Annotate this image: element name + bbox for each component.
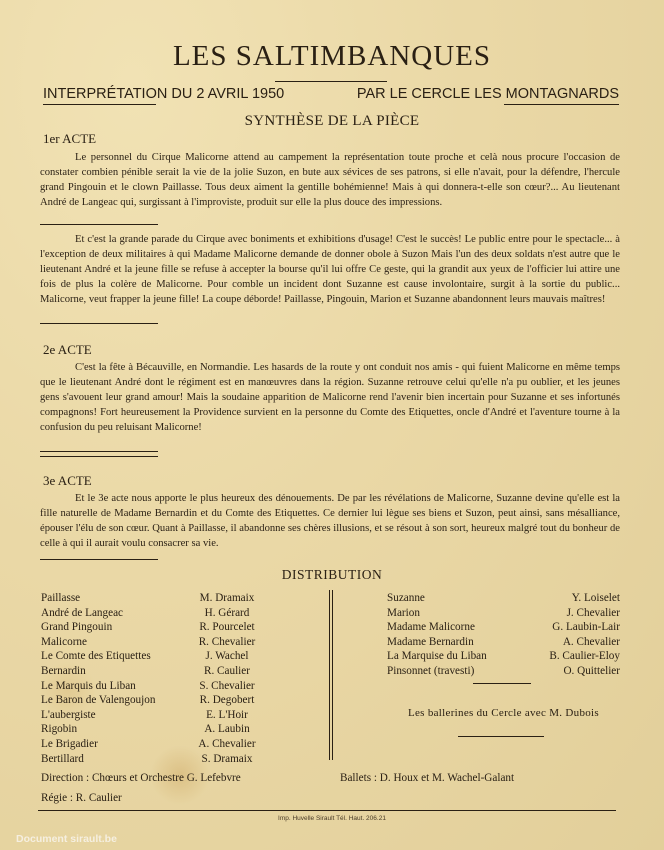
act-3-label: 3e ACTE <box>43 473 92 489</box>
cast-row: Le Marquis du LibanS. Chevalier <box>41 679 273 694</box>
actor-name: M. Dramaix <box>181 591 273 606</box>
cast-row: Le BrigadierA. Chevalier <box>41 737 273 752</box>
role-name: André de Langeac <box>41 606 123 621</box>
footer-rule <box>38 810 616 811</box>
role-name: Rigobin <box>41 722 77 737</box>
role-name: Bertillard <box>41 752 84 767</box>
act-2-label: 2e ACTE <box>43 342 92 358</box>
cast-row: MarionJ. Chevalier <box>387 606 620 621</box>
actor-name: O. Quittelier <box>528 664 620 679</box>
actor-name: R. Pourcelet <box>181 620 273 635</box>
role-name: Malicorne <box>41 635 87 650</box>
role-name: Madame Malicorne <box>387 620 475 635</box>
actor-name: S. Chevalier <box>181 679 273 694</box>
actor-name: R. Caulier <box>181 664 273 679</box>
performance-date: INTERPRÉTATION DU 2 AVRIL 1950 <box>43 86 284 102</box>
act-2-paragraph: C'est la fête à Bécauville, en Normandie… <box>40 360 620 435</box>
cast-row: RigobinA. Laubin <box>41 722 273 737</box>
role-name: Paillasse <box>41 591 80 606</box>
divider <box>504 104 619 105</box>
actor-name: G. Laubin-Lair <box>528 620 620 635</box>
divider <box>43 104 156 105</box>
role-name: Pinsonnet (travesti) <box>387 664 474 679</box>
cast-row: André de LangeacH. Gérard <box>41 606 273 621</box>
watermark: Document sirault.be <box>16 833 117 845</box>
role-name: Grand Pingouin <box>41 620 112 635</box>
role-name: Marion <box>387 606 420 621</box>
cast-row: Madame BernardinA. Chevalier <box>387 635 620 650</box>
divider <box>40 456 158 457</box>
cast-list-left: PaillasseM. DramaixAndré de LangeacH. Gé… <box>41 591 273 766</box>
synthesis-heading: SYNTHÈSE DE LA PIÈCE <box>0 113 664 130</box>
regie-credit: Régie : R. Caulier <box>41 792 122 804</box>
act-1-paragraph-2: Et c'est la grande parade du Cirque avec… <box>40 232 620 307</box>
printer-imprint: Imp. Huvelle Sirault Tél. Haut. 206.21 <box>0 815 664 822</box>
actor-name: J. Wachel <box>181 649 273 664</box>
role-name: L'aubergiste <box>41 708 96 723</box>
role-name: La Marquise du Liban <box>387 649 487 664</box>
actor-name: R. Degobert <box>181 693 273 708</box>
page-title: LES SALTIMBANQUES <box>0 40 664 73</box>
role-name: Le Comte des Etiquettes <box>41 649 151 664</box>
direction-credit: Direction : Chœurs et Orchestre G. Lefeb… <box>41 772 241 784</box>
program-sheet: LES SALTIMBANQUES INTERPRÉTATION DU 2 AV… <box>0 0 664 850</box>
distribution-heading: DISTRIBUTION <box>0 567 664 583</box>
actor-name: R. Chevalier <box>181 635 273 650</box>
role-name: Le Brigadier <box>41 737 98 752</box>
divider <box>40 559 158 560</box>
role-name: Bernardin <box>41 664 86 679</box>
act-3-paragraph: Et le 3e acte nous apporte le plus heure… <box>40 491 620 551</box>
role-name: Suzanne <box>387 591 425 606</box>
divider <box>40 323 158 324</box>
divider <box>458 736 544 737</box>
cast-row: Le Comte des EtiquettesJ. Wachel <box>41 649 273 664</box>
cast-row: BertillardS. Dramaix <box>41 752 273 767</box>
cast-row: Le Baron de ValengoujonR. Degobert <box>41 693 273 708</box>
act-1-paragraph-1: Le personnel du Cirque Malicorne attend … <box>40 150 620 210</box>
actor-name: J. Chevalier <box>528 606 620 621</box>
role-name: Le Marquis du Liban <box>41 679 136 694</box>
cast-row: MalicorneR. Chevalier <box>41 635 273 650</box>
cast-row: BernardinR. Caulier <box>41 664 273 679</box>
role-name: Madame Bernardin <box>387 635 474 650</box>
actor-name: S. Dramaix <box>181 752 273 767</box>
cast-row: La Marquise du LibanB. Caulier-Eloy <box>387 649 620 664</box>
actor-name: A. Laubin <box>181 722 273 737</box>
column-divider <box>329 590 333 760</box>
divider <box>473 683 531 684</box>
role-name: Le Baron de Valengoujon <box>41 693 155 708</box>
ballet-note: Les ballerines du Cercle avec M. Dubois <box>387 707 620 719</box>
actor-name: A. Chevalier <box>528 635 620 650</box>
actor-name: H. Gérard <box>181 606 273 621</box>
ballets-credit: Ballets : D. Houx et M. Wachel-Galant <box>340 772 514 784</box>
cast-row: Madame MalicorneG. Laubin-Lair <box>387 620 620 635</box>
cast-row: SuzanneY. Loiselet <box>387 591 620 606</box>
act-1-label: 1er ACTE <box>43 131 96 147</box>
performing-company: PAR LE CERCLE LES MONTAGNARDS <box>357 86 619 102</box>
cast-row: PaillasseM. Dramaix <box>41 591 273 606</box>
actor-name: B. Caulier-Eloy <box>528 649 620 664</box>
divider <box>40 451 158 452</box>
cast-row: L'aubergisteE. L'Hoir <box>41 708 273 723</box>
cast-list-right: SuzanneY. LoiseletMarionJ. ChevalierMada… <box>387 591 620 679</box>
cast-row: Pinsonnet (travesti)O. Quittelier <box>387 664 620 679</box>
divider <box>40 224 158 225</box>
actor-name: Y. Loiselet <box>528 591 620 606</box>
title-underline <box>275 81 387 82</box>
cast-row: Grand PingouinR. Pourcelet <box>41 620 273 635</box>
actor-name: E. L'Hoir <box>181 708 273 723</box>
actor-name: A. Chevalier <box>181 737 273 752</box>
